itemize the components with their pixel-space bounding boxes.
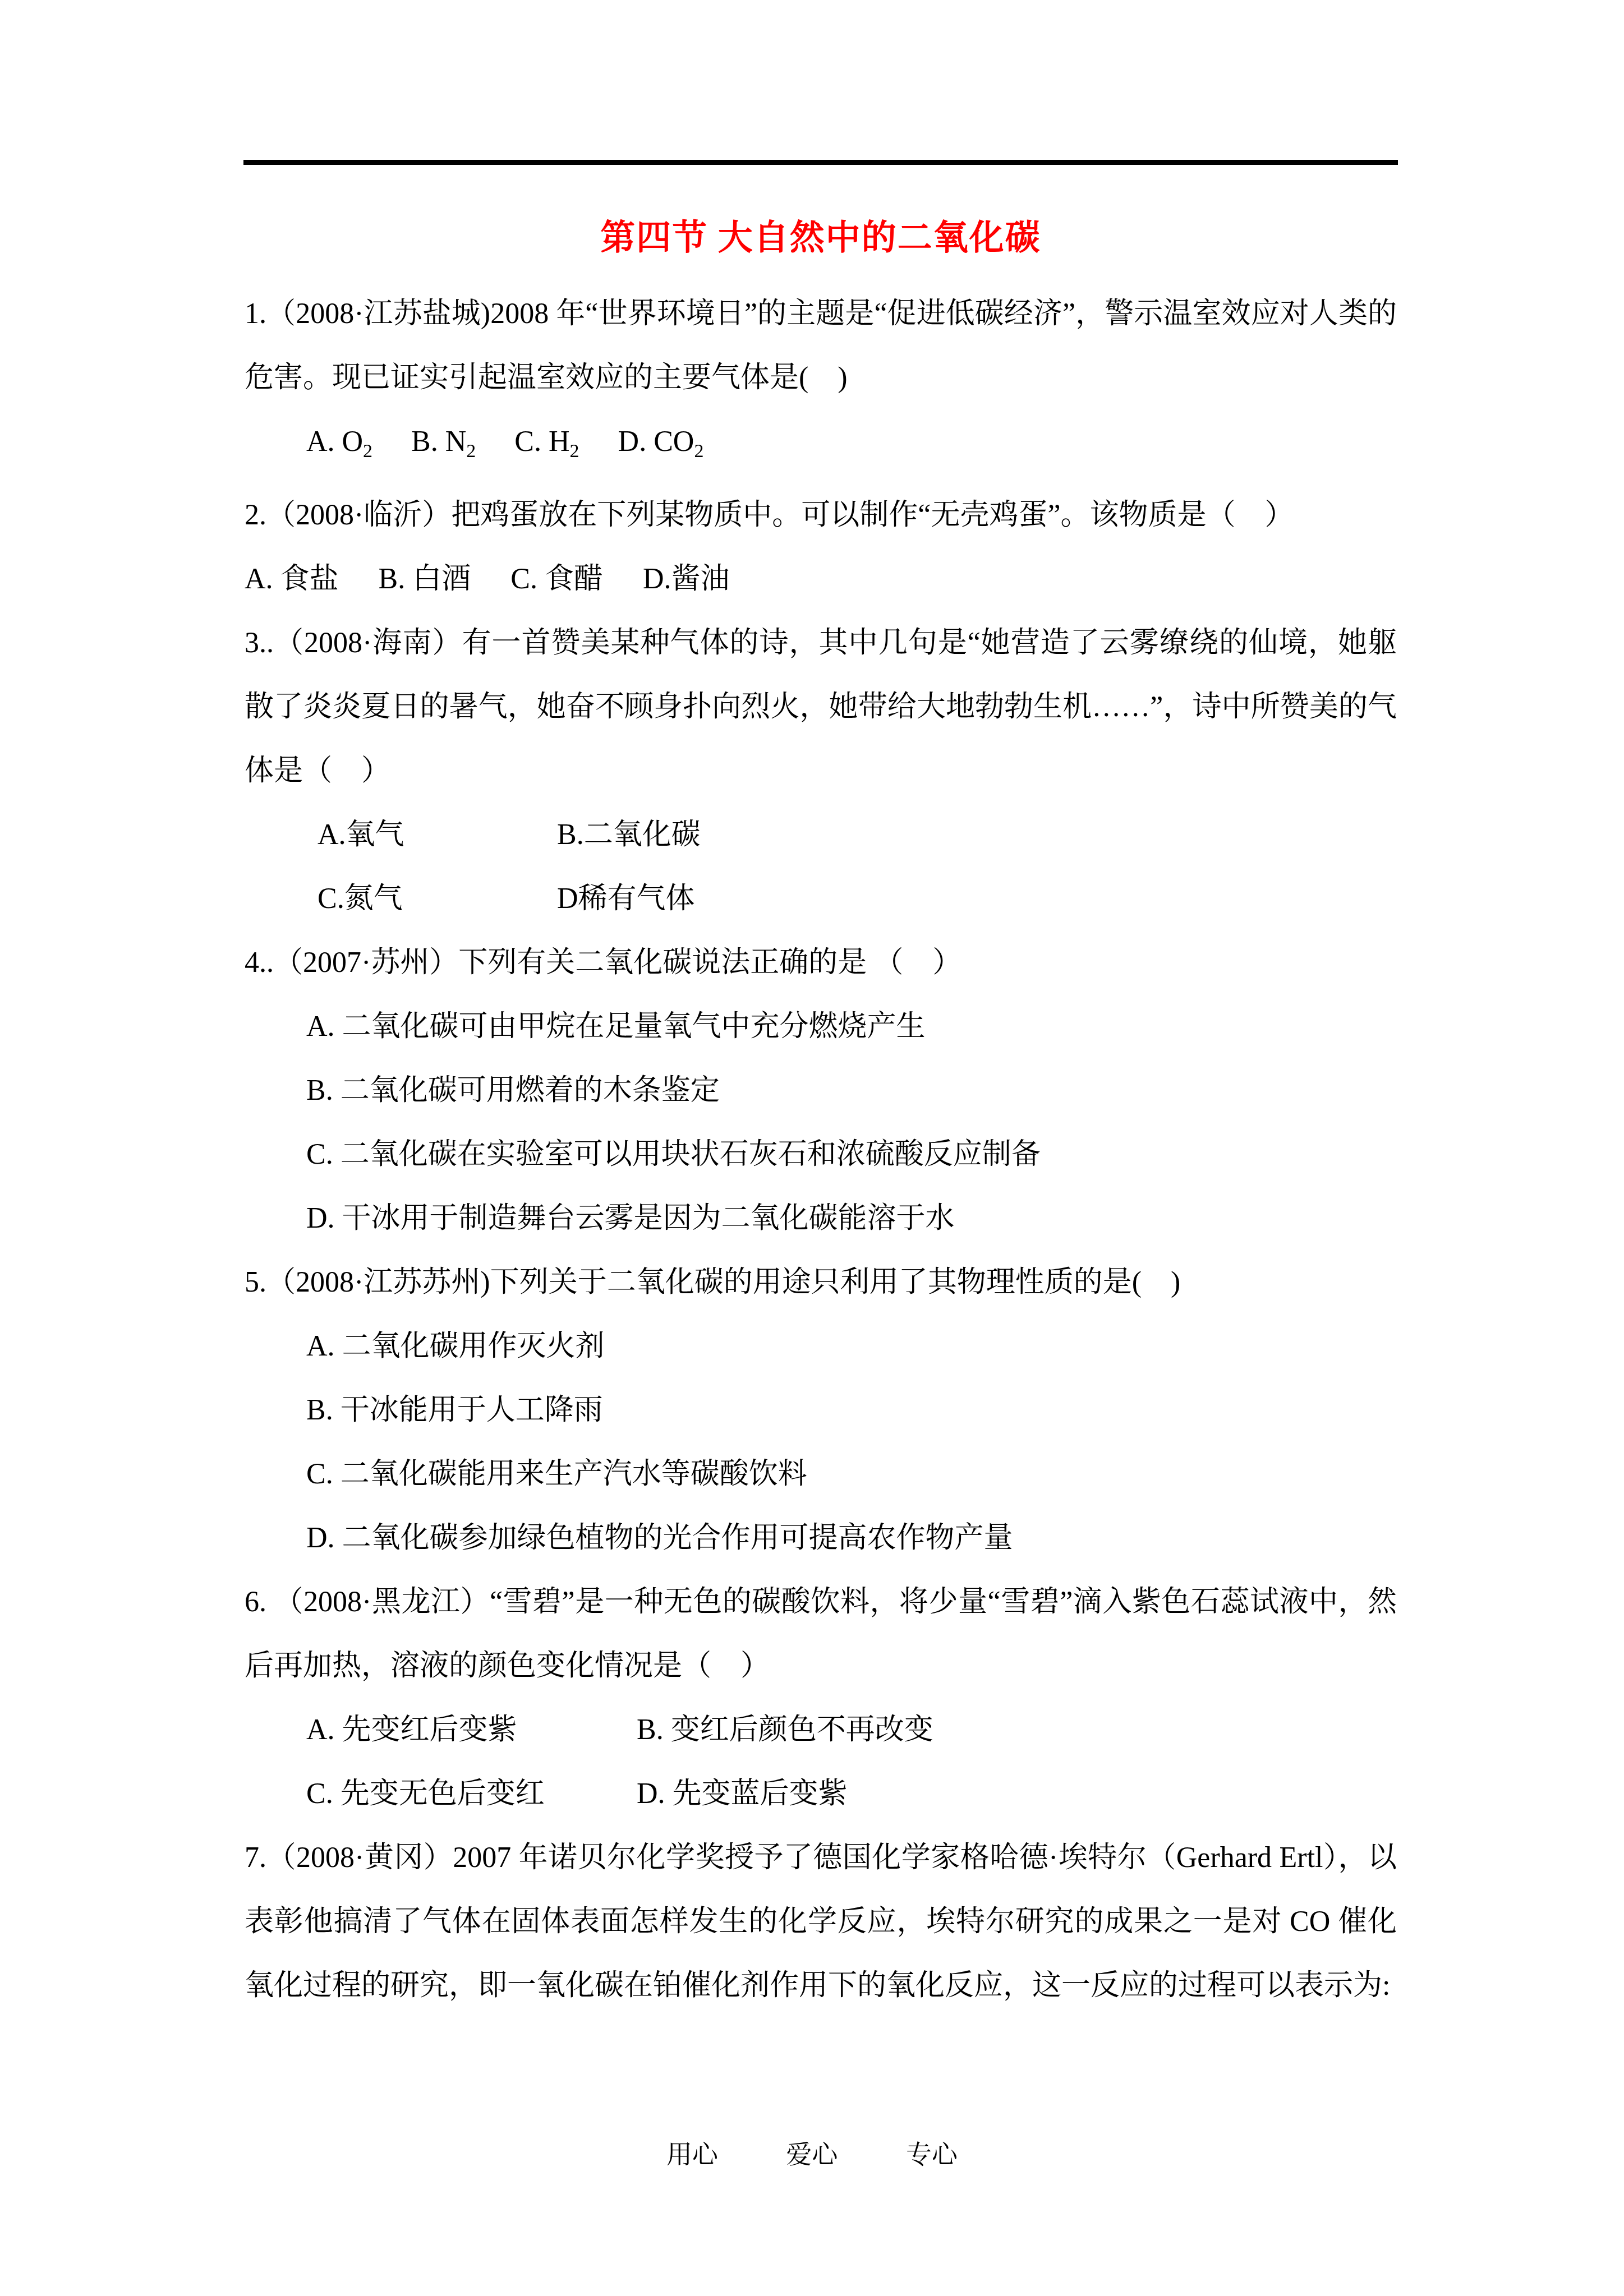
footer-word-1: 用心	[666, 2138, 718, 2171]
document-body: 1.（2008·江苏盐城)2008 年“世界环境日”的主题是“促进低碳经济”，警…	[245, 282, 1397, 2018]
question-6-options-row-2: C. 先变无色后变红 D. 先变蓝后变紫	[245, 1762, 1397, 1826]
question-1-stem: 1.（2008·江苏盐城)2008 年“世界环境日”的主题是“促进低碳经济”，警…	[245, 282, 1397, 410]
q4-option-d: D. 干冰用于制造舞台云雾是因为二氧化碳能溶于水	[245, 1187, 1397, 1251]
page-footer: 用心 爱心 专心	[0, 2138, 1624, 2171]
footer-word-2: 爱心	[786, 2138, 838, 2171]
question-6-stem: 6. （2008·黑龙江）“雪碧”是一种无色的碳酸饮料，将少量“雪碧”滴入紫色石…	[245, 1570, 1397, 1698]
q2-option-a: A. 食盐	[245, 563, 339, 595]
q1-option-b-text: B. N	[411, 426, 466, 458]
q1-option-c: C. H2	[514, 426, 579, 458]
q5-option-d: D. 二氧化碳参加绿色植物的光合作用可提高农作物产量	[245, 1506, 1397, 1570]
q1-option-d-subscript: 2	[694, 441, 703, 462]
q4-option-a: A. 二氧化碳可由甲烷在足量氧气中充分燃烧产生	[245, 995, 1397, 1059]
q5-option-b: B. 干冰能用于人工降雨	[245, 1378, 1397, 1442]
q1-option-d-text: D. CO	[618, 426, 694, 458]
q1-option-b: B. N2	[411, 426, 476, 458]
footer-word-3: 专心	[906, 2138, 958, 2171]
q6-option-c: C. 先变无色后变红	[306, 1762, 629, 1826]
q3-option-a: A.氧气	[318, 803, 550, 867]
question-3-options-row-1: A.氧气 B.二氧化碳	[245, 803, 1397, 867]
q1-option-d: D. CO2	[618, 426, 704, 458]
q3-option-b: B.二氧化碳	[557, 819, 701, 851]
q3-option-d: D稀有气体	[557, 883, 695, 915]
q4-option-c: C. 二氧化碳在实验室可以用块状石灰石和浓硫酸反应制备	[245, 1123, 1397, 1187]
q3-option-c: C.氮气	[318, 867, 550, 931]
page-title: 第四节 大自然中的二氧化碳	[243, 219, 1398, 258]
question-4-stem: 4..（2007·苏州）下列有关二氧化碳说法正确的是 （ ）	[245, 931, 1397, 995]
q2-option-b: B. 白酒	[379, 563, 471, 595]
q1-option-a: A. O2	[306, 426, 372, 458]
document-page: 第四节 大自然中的二氧化碳 1.（2008·江苏盐城)2008 年“世界环境日”…	[0, 0, 1624, 2296]
question-2-stem: 2.（2008·临沂）把鸡蛋放在下列某物质中。可以制作“无壳鸡蛋”。该物质是（ …	[245, 483, 1397, 547]
q6-option-b: B. 变红后颜色不再改变	[637, 1714, 933, 1746]
question-3-stem: 3..（2008·海南）有一首赞美某种气体的诗，其中几句是“她营造了云雾缭绕的仙…	[245, 611, 1397, 803]
q1-option-c-text: C. H	[514, 426, 569, 458]
q5-option-a: A. 二氧化碳用作灭火剂	[245, 1315, 1397, 1378]
q2-option-c: C. 食醋	[510, 563, 603, 595]
question-3-options-row-2: C.氮气 D稀有气体	[245, 867, 1397, 931]
q4-option-b: B. 二氧化碳可用燃着的木条鉴定	[245, 1059, 1397, 1123]
question-7-stem: 7.（2008·黄冈）2007 年诺贝尔化学奖授予了德国化学家格哈德·埃特尔（G…	[245, 1826, 1397, 2018]
q6-option-a: A. 先变红后变紫	[306, 1698, 629, 1762]
q1-option-a-subscript: 2	[363, 441, 372, 462]
header-rule	[243, 160, 1398, 165]
q1-option-c-subscript: 2	[570, 441, 579, 462]
q2-option-d: D.酱油	[643, 563, 730, 595]
question-1-options: A. O2 B. N2 C. H2 D. CO2	[245, 410, 1397, 483]
q1-option-b-subscript: 2	[466, 441, 476, 462]
question-6-options-row-1: A. 先变红后变紫 B. 变红后颜色不再改变	[245, 1698, 1397, 1762]
q6-option-d: D. 先变蓝后变紫	[637, 1778, 848, 1810]
q5-option-c: C. 二氧化碳能用来生产汽水等碳酸饮料	[245, 1442, 1397, 1506]
question-5-stem: 5.（2008·江苏苏州)下列关于二氧化碳的用途只利用了其物理性质的是( )	[245, 1251, 1397, 1315]
q1-option-a-text: A. O	[306, 426, 363, 458]
question-2-options: A. 食盐 B. 白酒 C. 食醋 D.酱油	[245, 547, 1397, 611]
